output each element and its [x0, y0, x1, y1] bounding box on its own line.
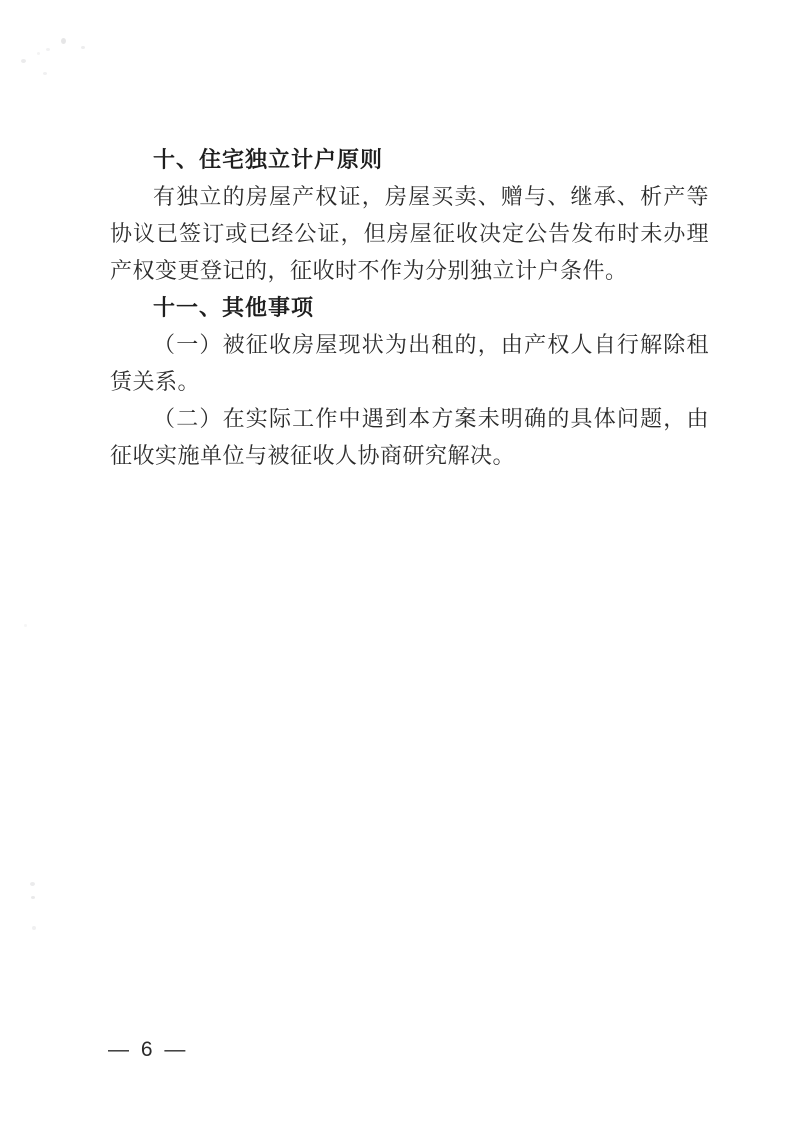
scan-speck — [81, 46, 85, 49]
section-heading-10: 十、住宅独立计户原则 — [110, 141, 709, 178]
scan-speck — [46, 48, 50, 51]
page-number: — 6 — — [108, 1031, 188, 1068]
scan-speck — [21, 59, 26, 63]
scan-speck — [30, 882, 35, 886]
scan-speck — [61, 38, 66, 44]
paragraph: （二）在实际工作中遇到本方案未明确的具体问题，由征收实施单位与被征收人协商研究解… — [110, 400, 709, 474]
paragraph: （一）被征收房屋现状为出租的，由产权人自行解除租赁关系。 — [110, 326, 709, 400]
scan-speck — [37, 52, 40, 55]
document-body: 十、住宅独立计户原则 有独立的房屋产权证，房屋买卖、赠与、继承、析产等协议已签订… — [110, 141, 709, 474]
scan-speck — [31, 896, 35, 899]
section-heading-11: 十一、其他事项 — [110, 289, 709, 326]
document-page: 十、住宅独立计户原则 有独立的房屋产权证，房屋买卖、赠与、继承、析产等协议已签订… — [0, 0, 793, 1121]
scan-speck — [24, 624, 27, 627]
paragraph: 有独立的房屋产权证，房屋买卖、赠与、继承、析产等协议已签订或已经公证，但房屋征收… — [110, 178, 709, 289]
scan-speck — [43, 72, 47, 75]
scan-speck — [32, 926, 36, 930]
